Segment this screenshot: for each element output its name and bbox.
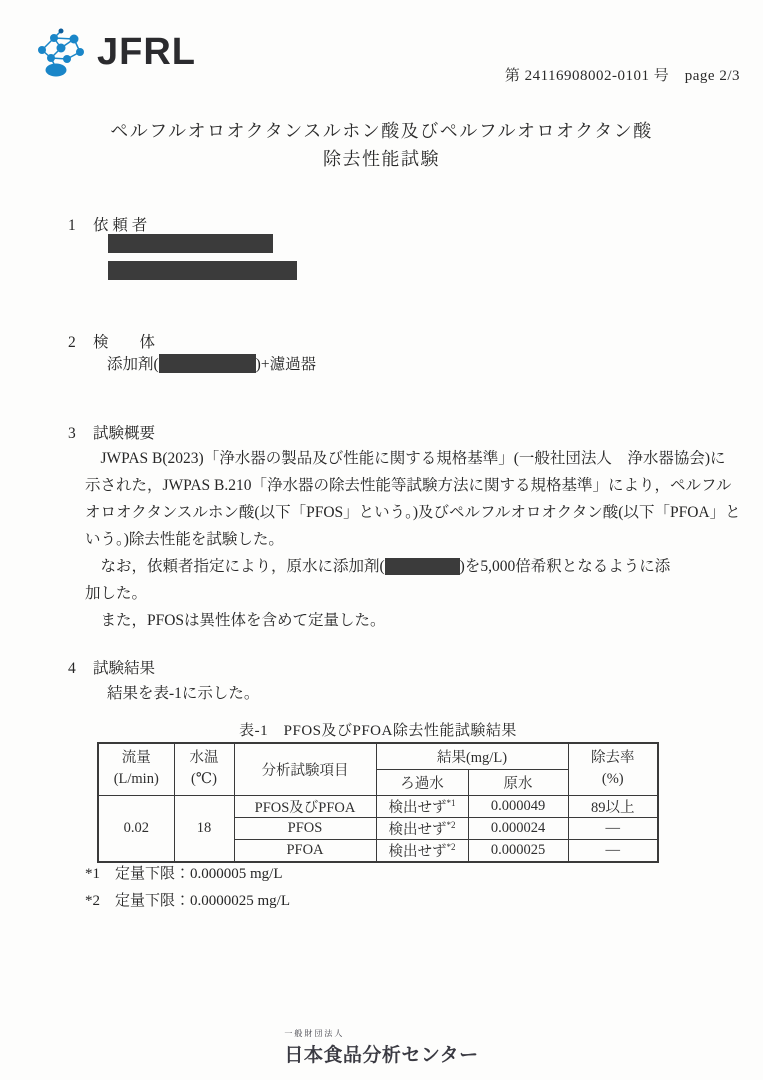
raw-cell: 0.000024 <box>468 817 568 839</box>
additive-prefix: なお，依頼者指定により，原水に添加剤( <box>85 558 385 575</box>
sample-name-redaction-bar <box>159 354 256 373</box>
col-header-item: 分析試験項目 <box>234 743 376 795</box>
footnote-ref: *1 <box>447 798 456 808</box>
filtered-value: 検出せず <box>389 822 447 838</box>
footer-org-name: 日本食品分析センター <box>284 1040 478 1067</box>
table-row: 0.02 18 PFOS及びPFOA 検出せず*1 0.000049 89以上 <box>98 795 658 817</box>
client-name-redaction-bar-2 <box>108 261 297 280</box>
flow-value: 0.02 <box>98 795 174 862</box>
item-cell: PFOS <box>234 817 376 839</box>
filtered-cell: 検出せず*2 <box>376 839 468 862</box>
section-1-heading: 1依 頼 者 <box>68 213 147 235</box>
summary-line-4: いう。)除去性能を試験した。 <box>85 526 741 553</box>
temp-value: 18 <box>174 795 234 862</box>
footnote-2-mark: *2 <box>85 888 100 915</box>
sample-suffix: )+濾過器 <box>256 356 316 373</box>
summary-line-5: なお，依頼者指定により，原水に添加剤()を5,000倍希釈となるように添 <box>85 553 741 580</box>
col-header-flow-unit: (L/min) <box>99 769 174 790</box>
col-header-temp-unit: (℃) <box>175 769 234 790</box>
section-3-number: 3 <box>68 425 93 443</box>
logo-text: JFRL <box>97 26 196 78</box>
section-2-heading: 2検 体 <box>68 330 155 352</box>
document-number: 第 24116908002-0101 号 page 2/3 <box>505 64 740 85</box>
footnote-1-text: 定量下限：0.000005 mg/L <box>115 861 283 888</box>
results-intro: 結果を表-1に示した。 <box>107 681 259 703</box>
removal-cell: ― <box>568 839 658 862</box>
section-4-title: 試験結果 <box>93 660 155 677</box>
test-summary-paragraphs: JWPAS B(2023)「浄水器の製品及び性能に関する規格基準」(一般社団法人… <box>85 445 741 634</box>
section-3-title: 試験概要 <box>93 425 155 442</box>
footnote-1-mark: *1 <box>85 861 100 888</box>
additive-name-redaction-bar <box>385 558 460 575</box>
col-header-removal-label: 除去率 <box>569 748 658 769</box>
col-header-removal-unit: (%) <box>569 769 658 790</box>
col-header-result: 結果(mg/L) <box>376 743 568 769</box>
report-title-line1: ペルフルオロオクタンスルホン酸及びペルフルオロオクタン酸 <box>0 117 763 145</box>
summary-line-3: オロオクタンスルホン酸(以下「PFOS」という。)及びペルフルオロオクタン酸(以… <box>85 499 741 526</box>
section-1-title: 依 頼 者 <box>93 217 147 234</box>
col-header-raw: 原水 <box>468 769 568 795</box>
report-title-line2: 除去性能試験 <box>0 145 763 173</box>
section-1-number: 1 <box>68 217 93 235</box>
summary-line-7: また，PFOSは異性体を含めて定量した。 <box>85 607 741 634</box>
footnote-2: *2 定量下限：0.0000025 mg/L <box>85 888 290 915</box>
raw-cell: 0.000049 <box>468 795 568 817</box>
section-2-number: 2 <box>68 334 93 352</box>
client-name-redaction-bar-1 <box>108 234 273 253</box>
filtered-cell: 検出せず*1 <box>376 795 468 817</box>
footer-organization-logo: 一般財団法人 日本食品分析センター <box>284 1028 478 1067</box>
footnote-ref: *2 <box>447 842 456 852</box>
item-cell: PFOA <box>234 839 376 862</box>
jfrl-logo: JFRL <box>33 26 196 78</box>
report-title: ペルフルオロオクタンスルホン酸及びペルフルオロオクタン酸 除去性能試験 <box>0 117 763 173</box>
sample-description: 添加剤()+濾過器 <box>107 352 316 374</box>
summary-line-1: JWPAS B(2023)「浄水器の製品及び性能に関する規格基準」(一般社団法人… <box>85 445 741 472</box>
footnote-ref: *2 <box>447 820 456 830</box>
molecular-network-icon <box>33 26 89 78</box>
footer-org-type: 一般財団法人 <box>284 1028 478 1039</box>
section-4-number: 4 <box>68 660 93 678</box>
section-3-heading: 3試験概要 <box>68 421 155 443</box>
item-cell: PFOS及びPFOA <box>234 795 376 817</box>
removal-cell: ― <box>568 817 658 839</box>
results-table: 流量 (L/min) 水温 (℃) 分析試験項目 結果(mg/L) 除去率 (%… <box>97 742 659 863</box>
removal-cell: 89以上 <box>568 795 658 817</box>
table-footnotes: *1 定量下限：0.000005 mg/L *2 定量下限：0.0000025 … <box>85 861 290 914</box>
col-header-temp-label: 水温 <box>175 748 234 769</box>
col-header-flow: 流量 (L/min) <box>98 743 174 795</box>
section-4-heading: 4試験結果 <box>68 656 155 678</box>
filtered-value: 検出せず <box>389 800 447 816</box>
table-caption: 表-1 PFOS及びPFOA除去性能試験結果 <box>97 719 659 740</box>
col-header-temp: 水温 (℃) <box>174 743 234 795</box>
section-2-title: 検 体 <box>93 334 155 351</box>
raw-cell: 0.000025 <box>468 839 568 862</box>
col-header-filtered: ろ過水 <box>376 769 468 795</box>
summary-line-2: 示された，JWPAS B.210「浄水器の除去性能等試験方法に関する規格基準」に… <box>85 472 741 499</box>
col-header-flow-label: 流量 <box>99 748 174 769</box>
additive-suffix: )を5,000倍希釈となるように添 <box>460 558 671 575</box>
summary-line-6: 加した。 <box>85 580 741 607</box>
sample-prefix: 添加剤( <box>107 356 159 373</box>
col-header-removal: 除去率 (%) <box>568 743 658 795</box>
footnote-2-text: 定量下限：0.0000025 mg/L <box>115 888 290 915</box>
table-header-row-1: 流量 (L/min) 水温 (℃) 分析試験項目 結果(mg/L) 除去率 (%… <box>98 743 658 769</box>
report-page: JFRL 第 24116908002-0101 号 page 2/3 ペルフルオ… <box>0 0 763 1080</box>
filtered-value: 検出せず <box>389 844 447 860</box>
footnote-1: *1 定量下限：0.000005 mg/L <box>85 861 290 888</box>
filtered-cell: 検出せず*2 <box>376 817 468 839</box>
